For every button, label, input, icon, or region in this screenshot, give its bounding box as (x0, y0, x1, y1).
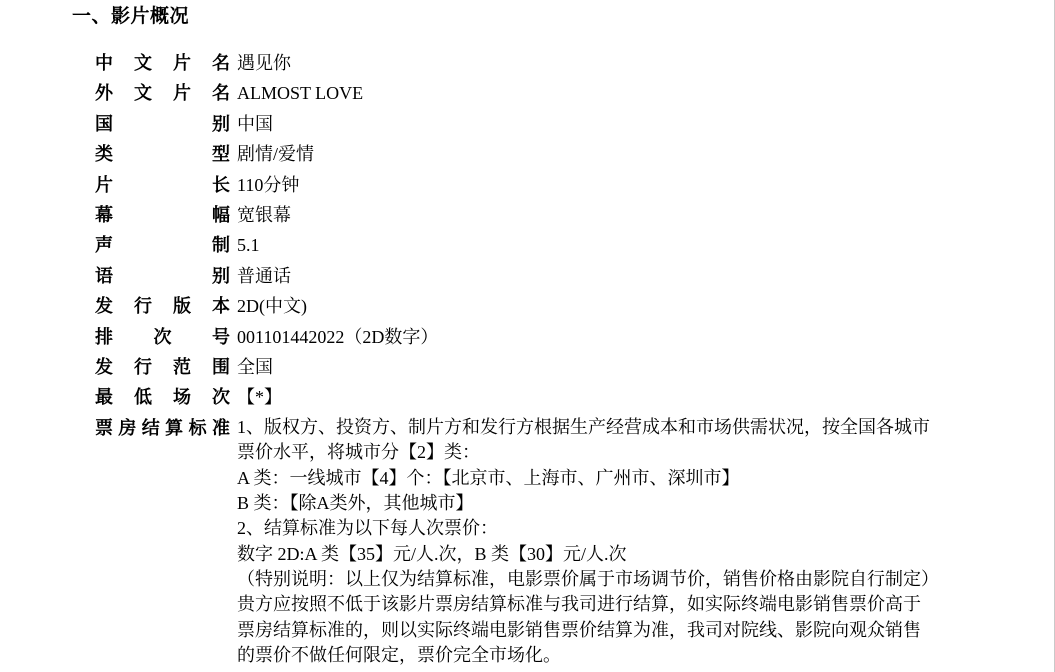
field-row: 声制 5.1 (95, 230, 1055, 260)
field-label: 外文片名 (95, 78, 230, 108)
field-row: 排次号 001101442022（2D数字） (95, 322, 1055, 352)
field-label: 排次号 (95, 322, 230, 352)
field-value: 110分钟 (237, 170, 299, 200)
settlement-line: 贵方应按照不低于该影片票房结算标准与我司进行结算，如实际终端电影销售票价高于 (237, 592, 1007, 617)
field-value: 剧情/爱情 (237, 139, 314, 169)
section-title: 一、影片概况 (72, 4, 1055, 30)
settlement-line: B 类：【除A类外，其他城市】 (237, 491, 1007, 516)
field-label: 类型 (95, 139, 230, 169)
field-label: 最低场次 (95, 382, 230, 412)
field-row: 发行版本 2D(中文) (95, 291, 1055, 321)
field-row: 片长 110分钟 (95, 170, 1055, 200)
settlement-line: （特别说明：以上仅为结算标准，电影票价属于市场调节价，销售价格由影院自行制定） (237, 567, 1007, 592)
settlement-line: 1、版权方、投资方、制片方和发行方根据生产经营成本和市场供需状况，按全国各城市 (237, 415, 1007, 440)
field-label: 声制 (95, 230, 230, 260)
field-value: 宽银幕 (237, 200, 291, 230)
field-row: 发行范围 全国 (95, 352, 1055, 382)
settlement-line: 数字 2D:A 类【35】元/人.次，B 类【30】元/人.次 (237, 542, 1007, 567)
field-row: 最低场次 【*】 (95, 382, 1055, 412)
field-value: 001101442022（2D数字） (237, 322, 438, 352)
field-row: 国别 中国 (95, 109, 1055, 139)
settlement-line: 票价水平，将城市分【2】类： (237, 440, 1007, 465)
settlement-line: 票房结算标准的，则以实际终端电影销售票价结算为准，我司对院线、影院向观众销售 (237, 618, 1007, 643)
field-value: 【*】 (237, 382, 282, 412)
settlement-line: 的票价不做任何限定，票价完全市场化。 (237, 643, 1007, 668)
film-info-list: 中文片名 遇见你 外文片名 ALMOST LOVE 国别 中国 类型 剧情/爱情… (0, 48, 1055, 668)
document-page: 一、影片概况 中文片名 遇见你 外文片名 ALMOST LOVE 国别 中国 类… (0, 0, 1055, 672)
field-value: 中国 (237, 109, 273, 139)
field-row: 类型 剧情/爱情 (95, 139, 1055, 169)
field-label: 国别 (95, 109, 230, 139)
field-label: 发行版本 (95, 291, 230, 321)
field-label: 幕幅 (95, 200, 230, 230)
field-value: ALMOST LOVE (237, 78, 363, 108)
field-label: 票房结算标准 (95, 413, 230, 443)
settlement-paragraph: 1、版权方、投资方、制片方和发行方根据生产经营成本和市场供需状况，按全国各城市 … (237, 413, 1007, 668)
field-label: 片长 (95, 170, 230, 200)
field-row: 外文片名 ALMOST LOVE (95, 78, 1055, 108)
field-row: 幕幅 宽银幕 (95, 200, 1055, 230)
field-row: 语别 普通话 (95, 261, 1055, 291)
field-label: 发行范围 (95, 352, 230, 382)
settlement-row: 票房结算标准 1、版权方、投资方、制片方和发行方根据生产经营成本和市场供需状况，… (95, 413, 1055, 668)
field-value: 5.1 (237, 230, 260, 260)
field-label: 中文片名 (95, 48, 230, 78)
field-value: 普通话 (237, 261, 291, 291)
field-value: 全国 (237, 352, 273, 382)
field-value: 2D(中文) (237, 291, 307, 321)
settlement-line: 2、结算标准为以下每人次票价： (237, 516, 1007, 541)
field-row: 中文片名 遇见你 (95, 48, 1055, 78)
settlement-line: A 类：一线城市【4】个：【北京市、上海市、广州市、深圳市】 (237, 466, 1007, 491)
field-label: 语别 (95, 261, 230, 291)
field-value: 遇见你 (237, 48, 291, 78)
